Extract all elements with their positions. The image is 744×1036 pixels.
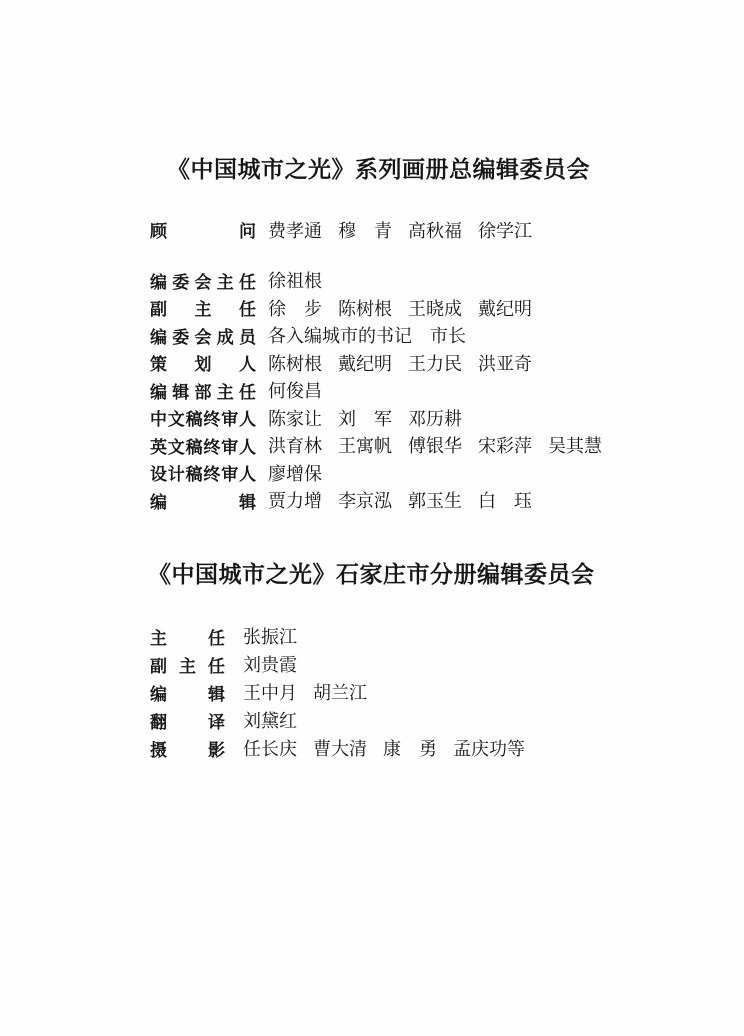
committee-row-director: 编委会主任 徐祖根	[150, 267, 744, 295]
role-label: 编辑	[150, 488, 256, 513]
committee-row-translator: 翻译 刘黛红	[150, 706, 744, 734]
person-name: 戴纪明	[478, 295, 532, 321]
person-name: 高秋福	[408, 217, 462, 243]
person-name: 孟庆功等	[453, 735, 525, 761]
committee-row-director: 主任 张振江	[150, 622, 744, 650]
person-name: 廖增保	[268, 460, 322, 486]
person-name: 李京泓	[338, 487, 392, 513]
person-name: 戴纪明	[338, 350, 392, 376]
person-name: 穆 青	[338, 217, 392, 243]
committee-row-editorial-dept-head: 编辑部主任 何俊昌	[150, 377, 744, 405]
scanned-document-page: 《中国城市之光》系列画册总编辑委员会 顾问 费孝通 穆 青 高秋福 徐学江 编委…	[0, 0, 744, 1036]
role-label: 策划人	[150, 350, 256, 375]
role-names: 陈家让 刘 军 邓历耕	[268, 405, 462, 431]
role-label: 编辑	[150, 680, 225, 705]
person-name: 徐学江	[478, 217, 532, 243]
role-label: 翻译	[150, 708, 225, 733]
person-name: 陈家让	[268, 405, 322, 431]
role-names: 任长庆 曹大清 康 勇 孟庆功等	[243, 735, 525, 761]
role-names: 徐 步 陈树根 王晓成 戴纪明	[268, 295, 532, 321]
role-label: 顾问	[150, 217, 256, 242]
role-names: 刘贵霞	[243, 651, 297, 677]
person-name: 刘贵霞	[243, 651, 297, 677]
committee-row-deputy-director: 副主任 刘贵霞	[150, 650, 744, 678]
person-name: 宋彩萍	[478, 432, 532, 458]
role-names: 贾力增 李京泓 郭玉生 白 珏	[268, 487, 532, 513]
role-names: 洪育林 王寓帆 傅银华 宋彩萍 吴其慧	[268, 432, 602, 458]
person-name: 傅银华	[408, 432, 462, 458]
role-names: 刘黛红	[243, 707, 297, 733]
role-label: 副主任	[150, 295, 256, 320]
city-volume-committee-title: 《中国城市之光》石家庄市分册编辑委员会	[0, 514, 744, 589]
committee-row-chinese-final-reviewers: 中文稿终审人 陈家让 刘 军 邓历耕	[150, 404, 744, 432]
committee-row-design-final-reviewer: 设计稿终审人 廖增保	[150, 459, 744, 487]
person-name: 白 珏	[478, 487, 532, 513]
person-name: 贾力增	[268, 487, 322, 513]
role-names: 徐祖根	[268, 267, 322, 293]
series-committee-list: 顾问 费孝通 穆 青 高秋福 徐学江 编委会主任 徐祖根 副主任 徐 步 陈树根…	[150, 216, 744, 514]
role-label: 设计稿终审人	[150, 460, 256, 485]
person-name: 王寓帆	[338, 432, 392, 458]
series-committee-title: 《中国城市之光》系列画册总编辑委员会	[0, 0, 744, 184]
person-name: 邓历耕	[408, 405, 462, 431]
person-name: 刘黛红	[243, 707, 297, 733]
person-name: 陈树根	[268, 350, 322, 376]
person-name: 刘 军	[338, 405, 392, 431]
role-label: 编委会主任	[150, 268, 256, 293]
person-name: 吴其慧	[548, 432, 602, 458]
committee-row-members: 编委会成员 各入编城市的书记 市长	[150, 322, 744, 350]
person-name: 任长庆	[243, 735, 297, 761]
person-name: 郭玉生	[408, 487, 462, 513]
person-name: 费孝通	[268, 217, 322, 243]
committee-row-planners: 策划人 陈树根 戴纪明 王力民 洪亚奇	[150, 349, 744, 377]
role-names: 廖增保	[268, 460, 322, 486]
role-label: 主任	[150, 624, 225, 649]
committee-row-editors: 编辑 王中月 胡兰江	[150, 678, 744, 706]
person-name: 曹大清	[313, 735, 367, 761]
role-label: 中文稿终审人	[150, 405, 256, 430]
role-label: 摄影	[150, 736, 225, 761]
person-name: 洪育林	[268, 432, 322, 458]
person-name: 何俊昌	[268, 377, 322, 403]
role-label: 编委会成员	[150, 323, 256, 348]
person-name: 王晓成	[408, 295, 462, 321]
role-names: 王中月 胡兰江	[243, 679, 367, 705]
role-label: 编辑部主任	[150, 378, 256, 403]
role-names: 各入编城市的书记 市长	[268, 322, 466, 348]
committee-row-advisors: 顾问 费孝通 穆 青 高秋福 徐学江	[150, 216, 744, 244]
role-label: 英文稿终审人	[150, 433, 256, 458]
person-name: 王力民	[408, 350, 462, 376]
city-volume-committee-list: 主任 张振江 副主任 刘贵霞 编辑 王中月 胡兰江 翻译 刘黛红 摄影	[150, 622, 744, 762]
person-name: 胡兰江	[313, 679, 367, 705]
committee-row-editors: 编辑 贾力增 李京泓 郭玉生 白 珏	[150, 487, 744, 515]
person-name: 张振江	[243, 623, 297, 649]
person-name: 康 勇	[383, 735, 437, 761]
role-names: 费孝通 穆 青 高秋福 徐学江	[268, 217, 532, 243]
role-names: 何俊昌	[268, 377, 322, 403]
committee-row-photographers: 摄影 任长庆 曹大清 康 勇 孟庆功等	[150, 734, 744, 762]
role-label: 副主任	[150, 652, 225, 677]
person-name: 各入编城市的书记 市长	[268, 322, 466, 348]
person-name: 陈树根	[338, 295, 392, 321]
role-names: 陈树根 戴纪明 王力民 洪亚奇	[268, 350, 532, 376]
committee-row-english-final-reviewers: 英文稿终审人 洪育林 王寓帆 傅银华 宋彩萍 吴其慧	[150, 432, 744, 460]
person-name: 徐祖根	[268, 267, 322, 293]
person-name: 王中月	[243, 679, 297, 705]
role-names: 张振江	[243, 623, 297, 649]
committee-row-deputy-directors: 副主任 徐 步 陈树根 王晓成 戴纪明	[150, 294, 744, 322]
person-name: 洪亚奇	[478, 350, 532, 376]
person-name: 徐 步	[268, 295, 322, 321]
